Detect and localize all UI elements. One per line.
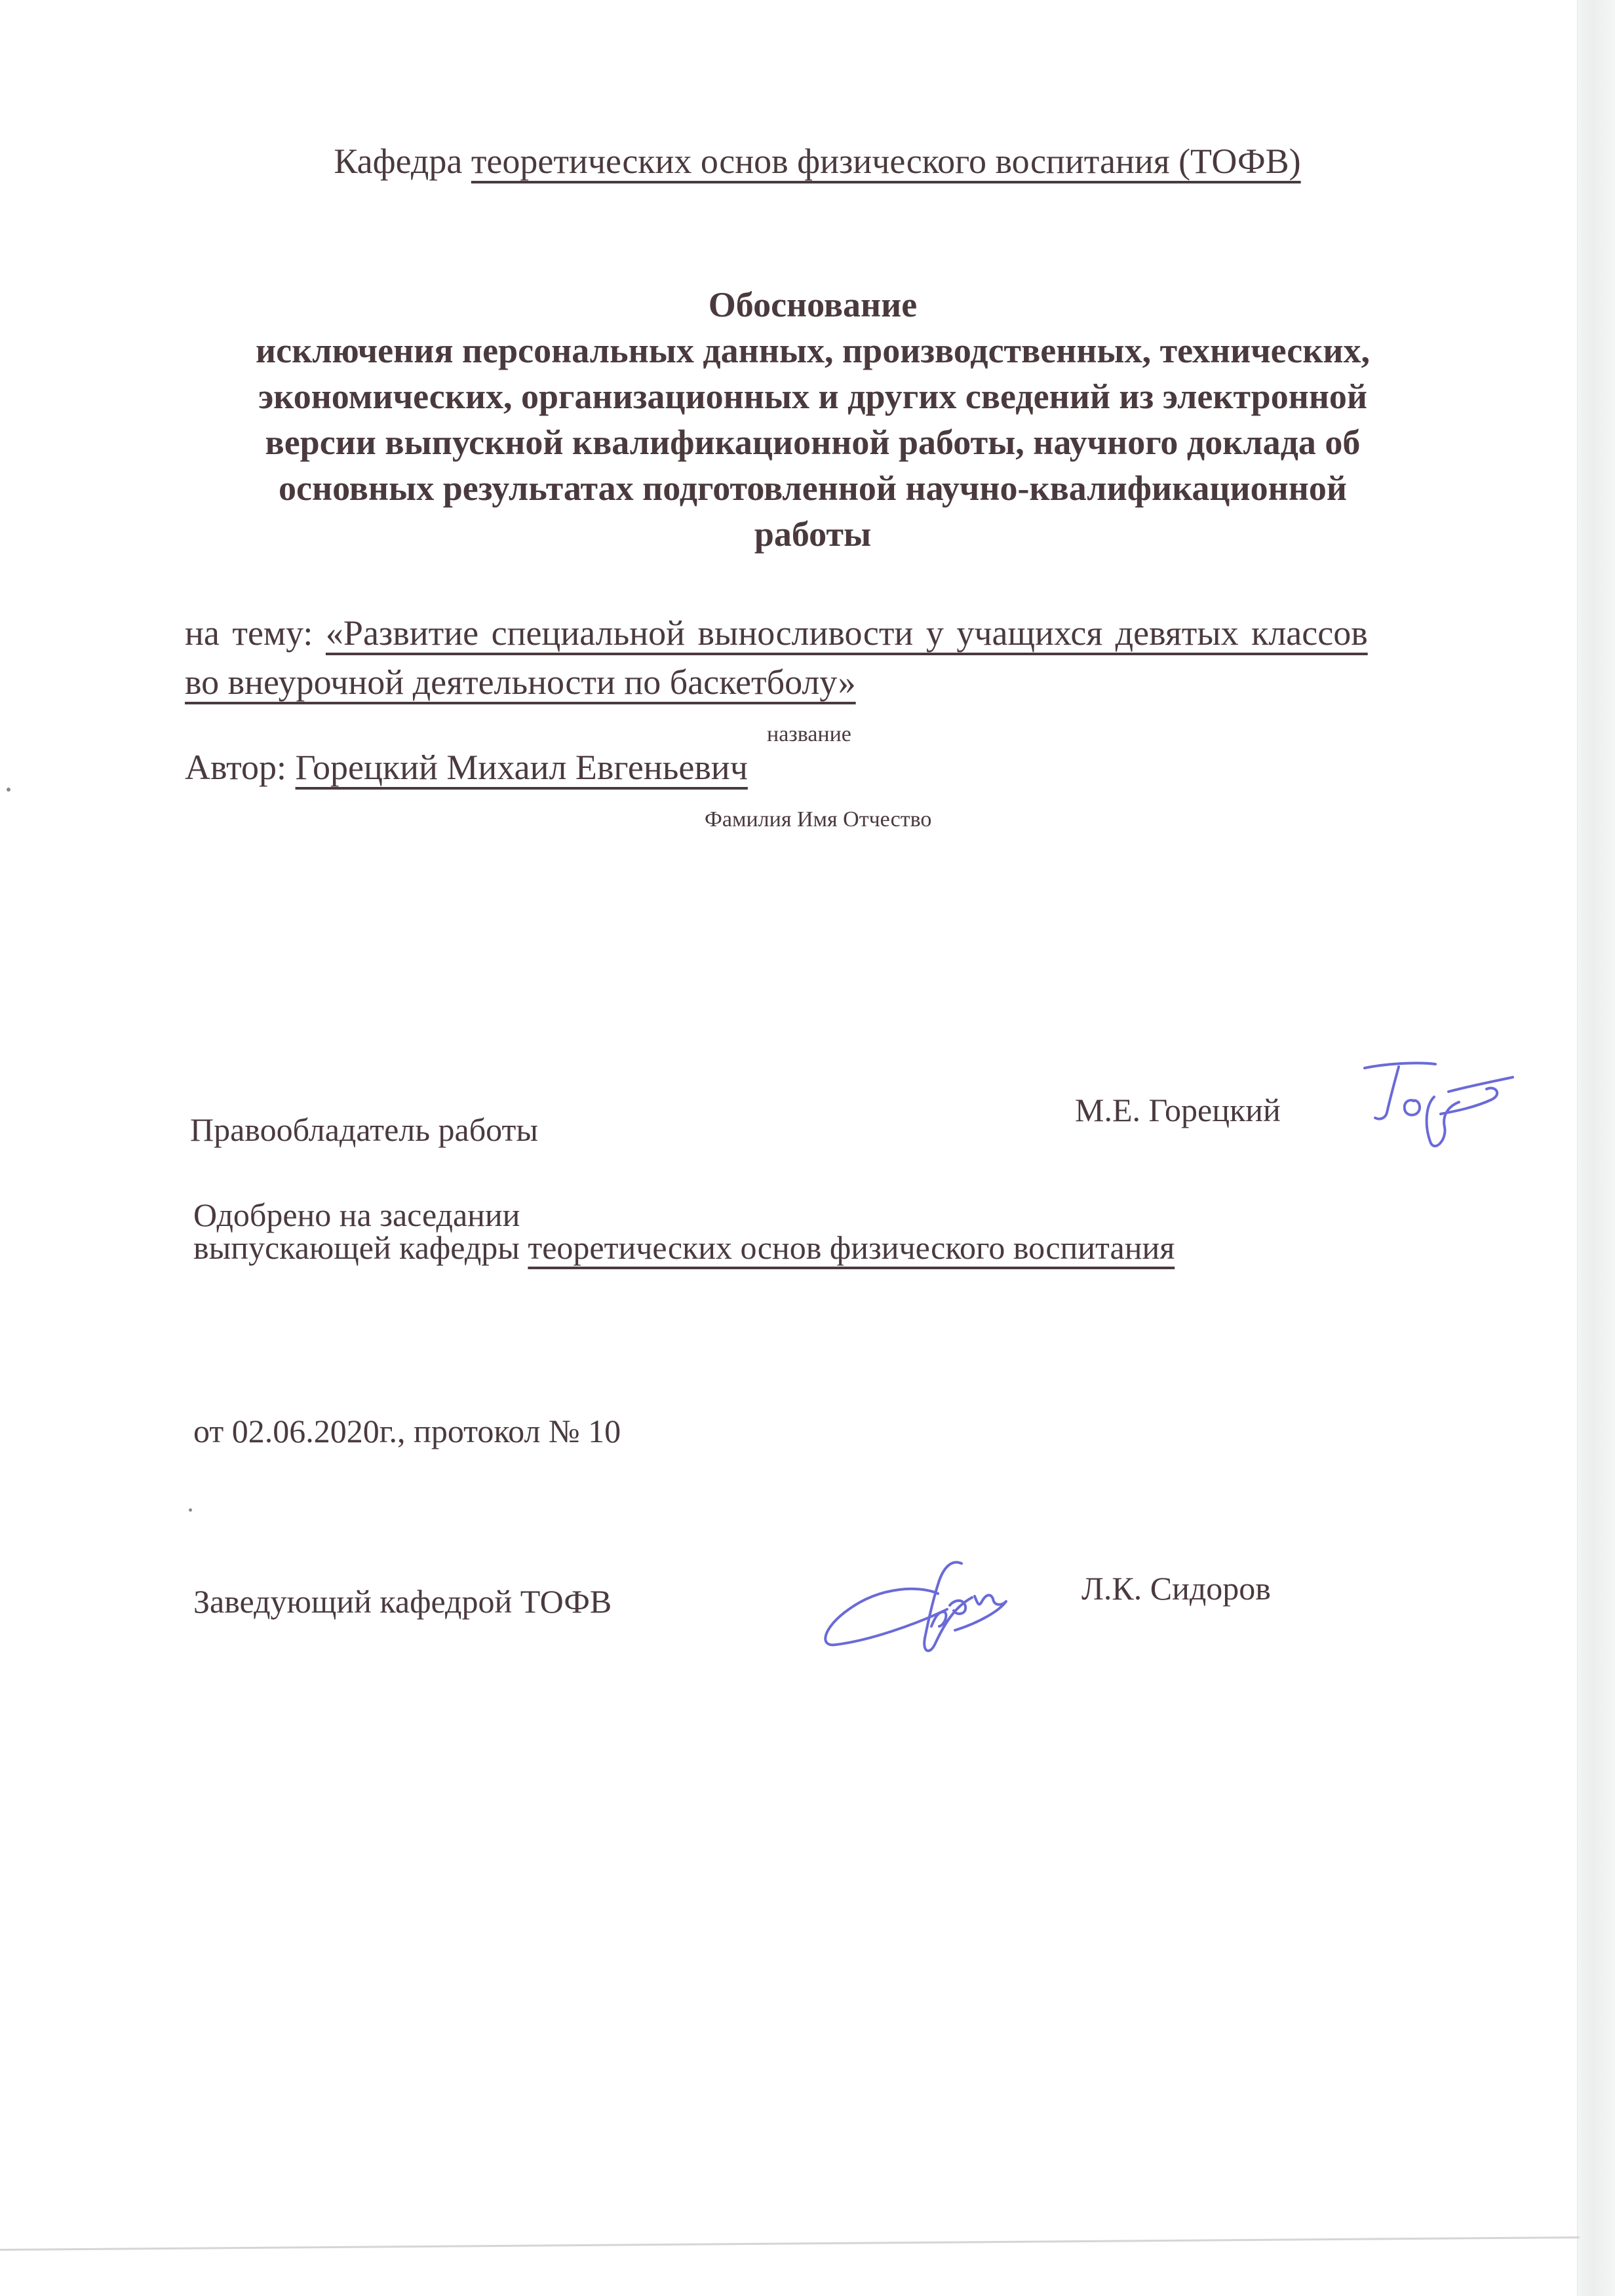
author-signature-icon xyxy=(1357,1055,1527,1160)
title-line: основных результатах подготовленной науч… xyxy=(184,465,1442,511)
topic-caption: название xyxy=(767,722,851,747)
author-label: Автор: xyxy=(185,748,296,787)
head-of-department-label: Заведующий кафедрой ТОФВ xyxy=(193,1582,612,1620)
title-line: версии выпускной квалификационной работы… xyxy=(184,419,1442,465)
head-of-department-name: Л.К. Сидоров xyxy=(1081,1569,1271,1607)
title-line: исключения персональных данных, производ… xyxy=(184,328,1442,373)
topic-title-part-2: во внеурочной деятельности по баскетболу… xyxy=(185,662,856,702)
topic-line-2: во внеурочной деятельности по баскетболу… xyxy=(185,662,856,702)
department-prefix: Кафедра xyxy=(334,142,471,181)
rights-holder-name: М.Е. Горецкий xyxy=(1075,1091,1281,1129)
approval-line-2: выпускающей кафедры теоретических основ … xyxy=(193,1229,1175,1267)
department-name: теоретических основ физического воспитан… xyxy=(471,142,1301,181)
approval-prefix: выпускающей кафедры xyxy=(193,1229,528,1266)
author-line: Автор: Горецкий Михаил Евгеньевич xyxy=(185,747,748,788)
title-heading: Обоснование xyxy=(184,282,1442,328)
topic-label: на тему: xyxy=(185,613,326,653)
scan-speck xyxy=(189,1508,192,1512)
topic-line-1: на тему: «Развитие специальной выносливо… xyxy=(185,613,1368,653)
author-caption: Фамилия Имя Отчество xyxy=(705,807,931,832)
scanned-document-page: Кафедра теоретических основ физического … xyxy=(0,0,1615,2296)
scan-speck xyxy=(7,788,10,792)
scan-edge-strip xyxy=(1577,0,1615,2296)
title-line: экономических, организационных и других … xyxy=(184,373,1442,419)
author-name: Горецкий Михаил Евгеньевич xyxy=(296,748,748,787)
head-signature-icon xyxy=(809,1546,1045,1664)
department-line: Кафедра теоретических основ физического … xyxy=(0,141,1615,182)
document-title: Обоснование исключения персональных данн… xyxy=(184,282,1442,557)
approval-department-name: теоретических основ физического воспитан… xyxy=(528,1229,1175,1266)
title-line: работы xyxy=(184,511,1442,557)
protocol-line: от 02.06.2020г., протокол № 10 xyxy=(193,1412,621,1450)
scan-fold-line xyxy=(0,2236,1580,2251)
topic-title-part-1: «Развитие специальной выносливости у уча… xyxy=(326,613,1368,653)
rights-holder-label: Правообладатель работы xyxy=(190,1111,538,1149)
